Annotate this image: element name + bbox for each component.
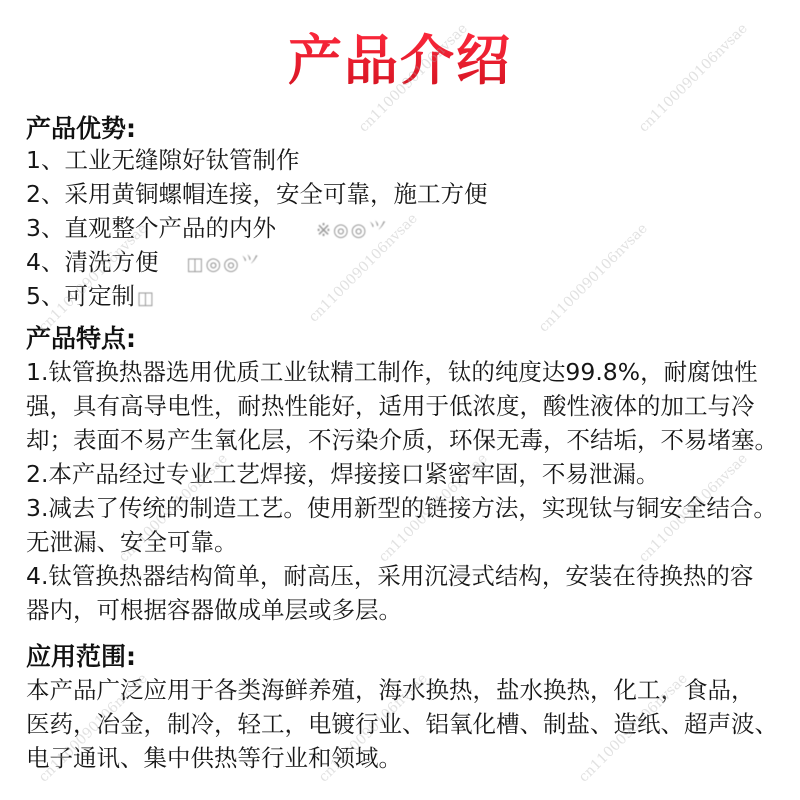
advantage-item-3: 3、直观整个产品的内外※◎◎⺍ — [26, 211, 388, 248]
obscured-text: ◫◎◎⺍ — [186, 254, 260, 275]
advantage-item-4: 4、清洗方便◫◎◎⺍ — [26, 245, 261, 282]
application-line: 医药，冶金，制冷，轻工，电镀行业、铝氧化槽、制盐、造纸、超声波、 — [26, 707, 778, 741]
feature-line: 2.本产品经过专业工艺焊接，焊接接口紧密牢固，不易泄漏。 — [26, 457, 659, 491]
feature-line: 强，具有高导电性，耐热性能好，适用于低浓度，酸性液体的加工与冷 — [26, 389, 755, 423]
obscured-text: ◫ — [137, 288, 156, 309]
page-title: 产品介绍 — [0, 26, 800, 96]
application-line: 本产品广泛应用于各类海鲜养殖，海水换热，盐水换热，化工，食品， — [26, 673, 755, 707]
feature-line: 4.钛管换热器结构简单，耐高压，采用沉浸式结构，安装在待换热的容 — [26, 559, 753, 593]
advantage-item-2: 2、采用黄铜螺帽连接，安全可靠，施工方便 — [26, 177, 487, 211]
feature-line: 1.钛管换热器选用优质工业钛精工制作，钛的纯度达99.8%，耐腐蚀性 — [26, 355, 758, 389]
advantage-item-5: 5、可定制◫ — [26, 279, 156, 316]
advantage-item-5-text: 5、可定制 — [26, 282, 135, 310]
advantage-item-1: 1、工业无缝隙好钛管制作 — [26, 143, 299, 177]
feature-line: 3.减去了传统的制造工艺。使用新型的链接方法，实现钛与铜安全结合。 — [26, 491, 777, 525]
advantage-item-3-text: 3、直观整个产品的内外 — [26, 214, 276, 242]
application-line: 电子通讯、集中供热等行业和领域。 — [26, 741, 402, 775]
obscured-text: ※◎◎⺍ — [316, 220, 389, 241]
advantage-item-4-text: 4、清洗方便 — [26, 248, 158, 276]
features-heading: 产品特点: — [26, 322, 136, 356]
feature-line: 器内，可根据容器做成单层或多层。 — [26, 593, 402, 627]
applications-heading: 应用范围: — [26, 640, 136, 674]
feature-line: 无泄漏、安全可靠。 — [26, 525, 238, 559]
watermark: cn1100090106nvsae — [536, 220, 651, 335]
advantages-heading: 产品优势: — [26, 112, 136, 146]
feature-line: 却；表面不易产生氧化层，不污染介质，环保无毒，不结垢，不易堵塞。 — [26, 423, 778, 457]
